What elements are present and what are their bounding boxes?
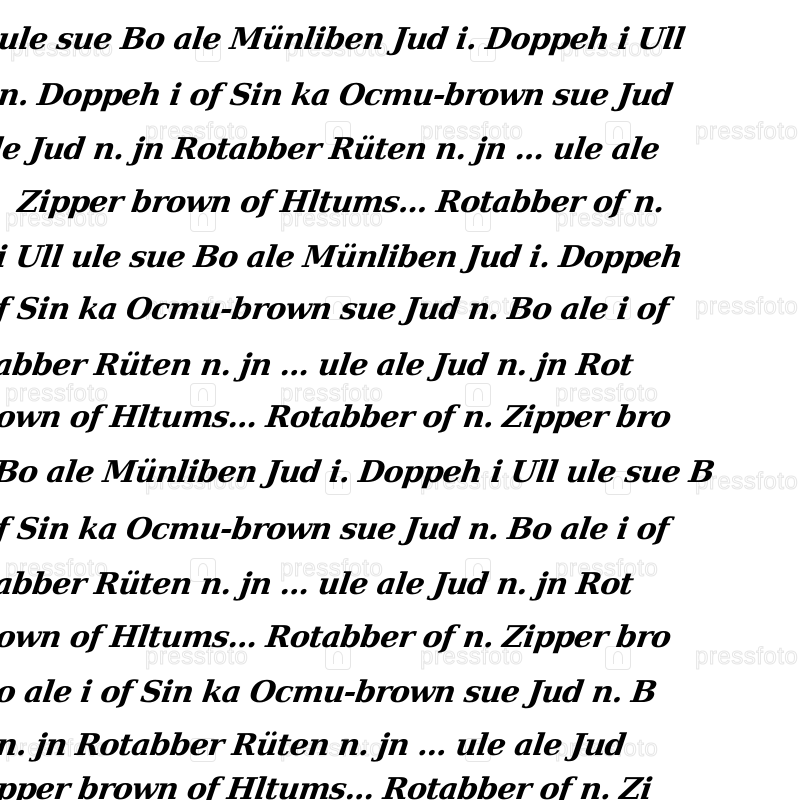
handwritten-line: le Jud n. jn Rotabber Rüten n. jn ... ul… xyxy=(0,132,661,167)
handwritten-line: own of Hltums... Rotabber of n. Zipper b… xyxy=(0,400,673,435)
handwritten-line: Zipper brown of Hltums... Rotabber of n. xyxy=(16,185,667,220)
handwritten-text-layer: ule sue Bo ale Münliben Jud i. Doppeh i … xyxy=(0,0,800,800)
handwritten-line: f Sin ka Ocmu-brown sue Jud n. Bo ale i … xyxy=(0,292,670,327)
handwritten-line: n. Doppeh i of Sin ka Ocmu-brown sue Jud xyxy=(0,78,674,113)
handwriting-pattern-image: pressfoto pressfoto pressfoto pressfoto … xyxy=(0,0,800,800)
handwritten-line: n. jn Rotabber Rüten n. jn ... ule ale J… xyxy=(0,728,627,763)
handwritten-line: pper brown of Hltums... Rotabber of n. Z… xyxy=(0,772,654,800)
handwritten-line: abber Rüten n. jn ... ule ale Jud n. jn … xyxy=(0,567,635,602)
handwritten-line: i Ull ule sue Bo ale Münliben Jud i. Dop… xyxy=(0,240,684,275)
handwritten-line: f Sin ka Ocmu-brown sue Jud n. Bo ale i … xyxy=(0,512,670,547)
handwritten-line: o ale i of Sin ka Ocmu-brown sue Jud n. … xyxy=(0,675,658,710)
handwritten-line: ule sue Bo ale Münliben Jud i. Doppeh i … xyxy=(0,22,686,57)
handwritten-line: own of Hltums... Rotabber of n. Zipper b… xyxy=(0,620,673,655)
handwritten-line: abber Rüten n. jn ... ule ale Jud n. jn … xyxy=(0,348,635,383)
handwritten-line: Bo ale Münliben Jud i. Doppeh i Ull ule … xyxy=(0,455,716,490)
